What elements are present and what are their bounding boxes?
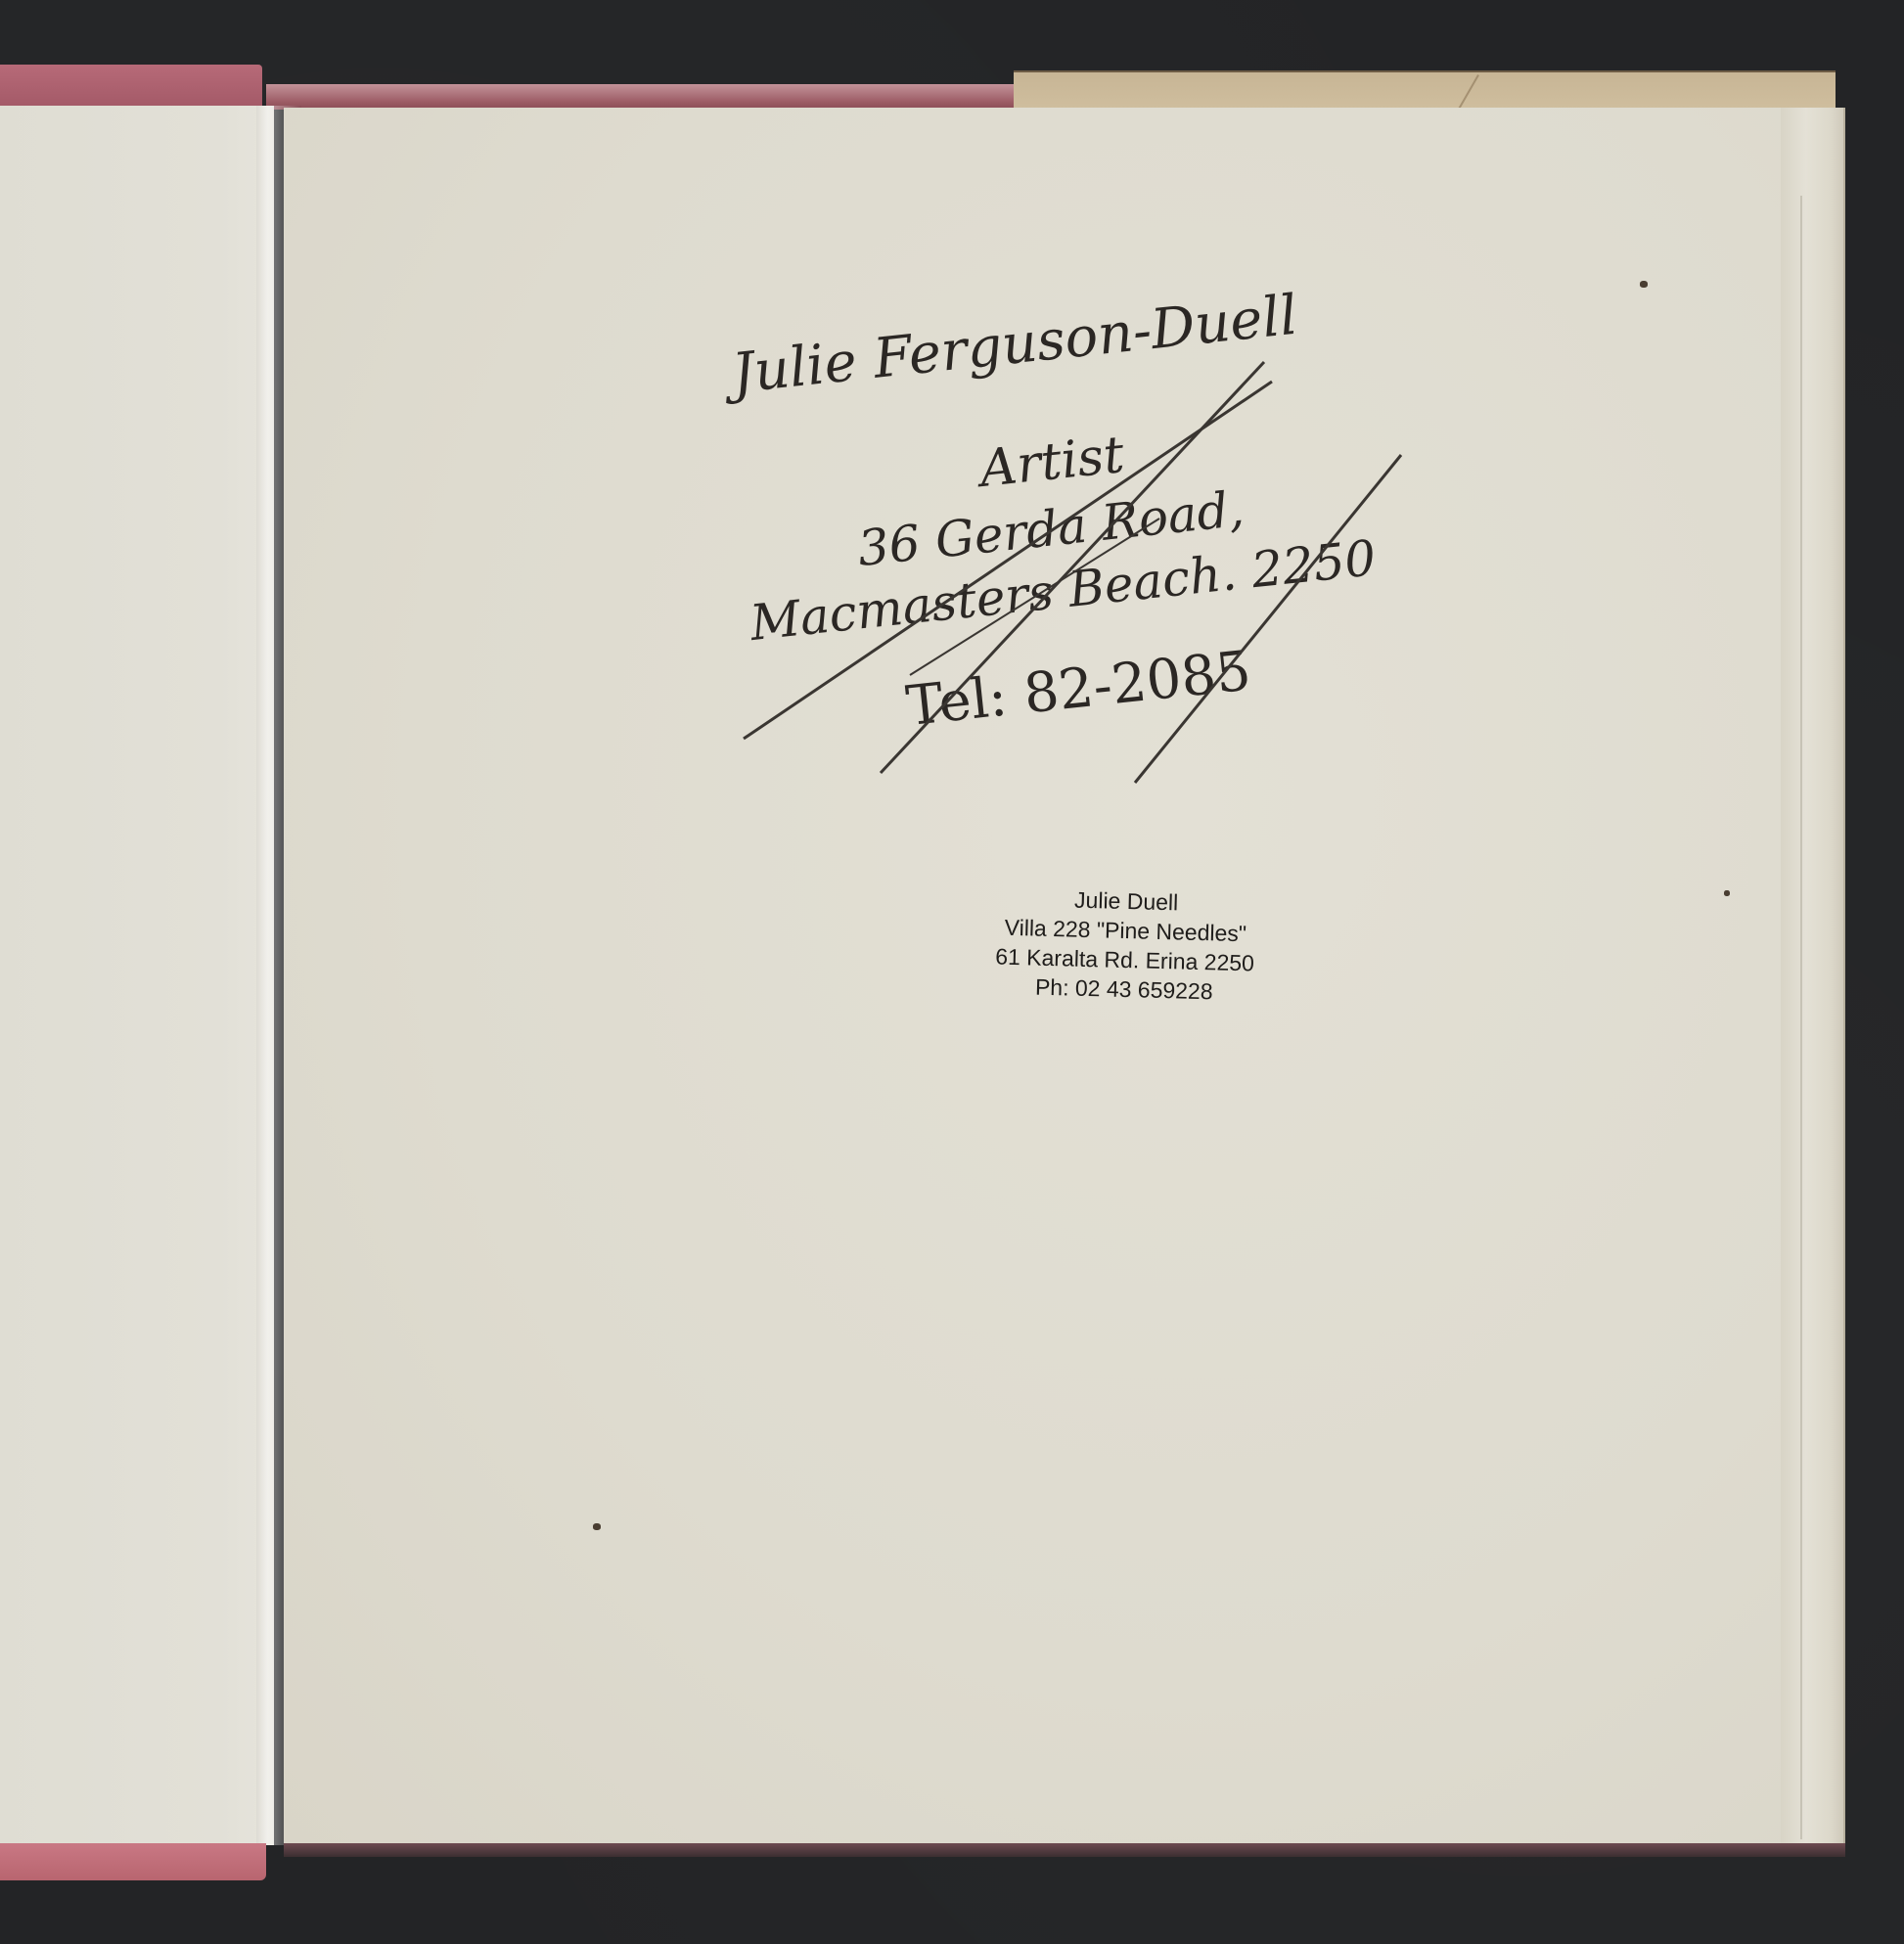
right-board-edge <box>1781 108 1845 1845</box>
old-address-stamp: Julie Ferguson-Duell Artist 36 Gerda Roa… <box>724 333 1507 802</box>
board-edge-line <box>1800 196 1802 1839</box>
paper-speck <box>1724 890 1730 896</box>
new-address-stamp: Julie Duell Villa 228 "Pine Needles" 61 … <box>937 882 1312 1009</box>
old-stamp-title: Artist <box>977 426 1127 499</box>
left-pastedown-endpaper <box>0 106 274 1845</box>
cover-cloth-left-bottom <box>0 1843 266 1880</box>
old-stamp-phone: Tel: 82-2085 <box>903 639 1253 739</box>
cover-cloth-spine-top <box>266 84 1018 110</box>
cover-right-bottom-edge <box>284 1843 1845 1857</box>
paper-speck <box>1640 281 1648 288</box>
paper-speck <box>593 1523 601 1530</box>
cover-cloth-left-top <box>0 65 262 106</box>
